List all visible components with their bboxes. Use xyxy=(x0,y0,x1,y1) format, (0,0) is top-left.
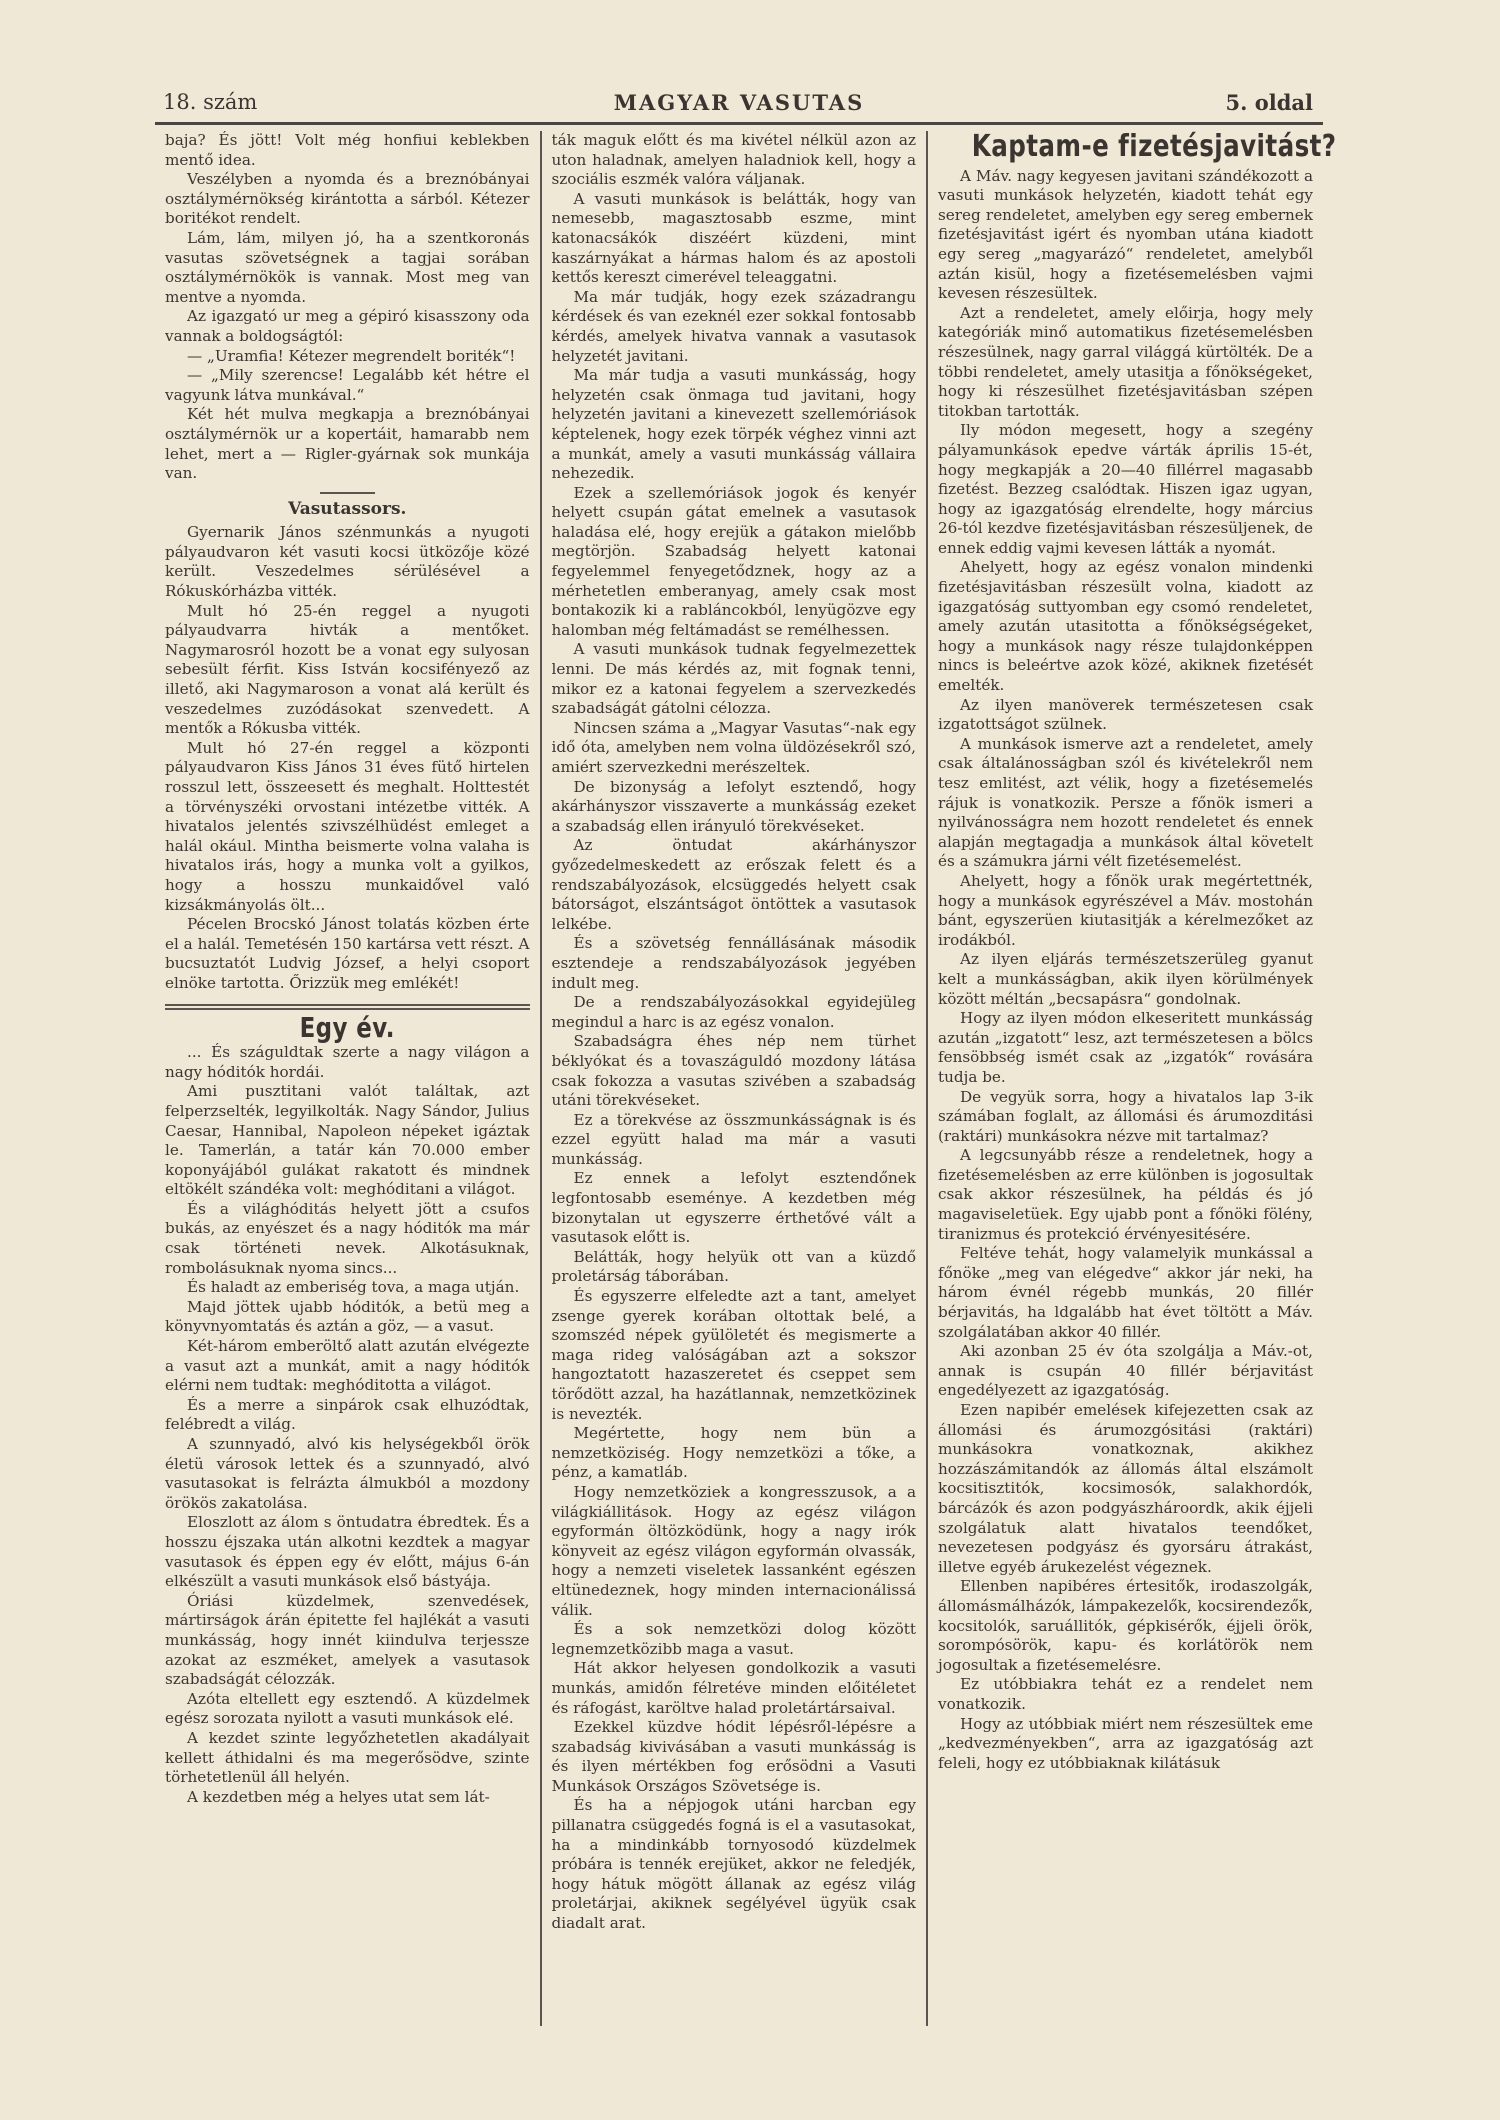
paragraph: És a merre a sinpárok csak elhuzódtak, f… xyxy=(165,1396,530,1435)
paragraph: A munkások ismerve azt a rendeletet, ame… xyxy=(938,735,1313,872)
paragraph: Hogy az ilyen módon elkeseritett munkáss… xyxy=(938,1009,1313,1087)
paragraph: És haladt az emberiség tova, a maga utjá… xyxy=(165,1278,530,1298)
paragraph: És a sok nemzetközi dolog között legnemz… xyxy=(552,1620,917,1659)
paragraph: Majd jöttek ujabb hóditók, a betü meg a … xyxy=(165,1298,530,1337)
paragraph: A Máv. nagy kegyesen javitani szándékozo… xyxy=(938,167,1313,304)
paragraph: És ha a népjogok utáni harcban egy pilla… xyxy=(552,1796,917,1933)
paragraph: Két-három emberöltő alatt azután elvégez… xyxy=(165,1337,530,1396)
paragraph: Ily módon megesett, hogy a szegény pálya… xyxy=(938,421,1313,558)
paragraph: Ahelyett, hogy a főnök urak megértettnék… xyxy=(938,872,1313,950)
paragraph: ... És száguldtak szerte a nagy világon … xyxy=(165,1043,530,1082)
paragraph: Két hét mulva megkapja a breznóbányai os… xyxy=(165,405,530,483)
paragraph: Veszélyben a nyomda és a breznóbányai os… xyxy=(165,170,530,229)
paragraph: — „Mily szerencse! Legalább két hétre el… xyxy=(165,366,530,405)
paragraph: Megértette, hogy nem bün a nemzetköziség… xyxy=(552,1424,917,1483)
paragraph: De vegyük sorra, hogy a hivatalos lap 3-… xyxy=(938,1088,1313,1147)
paragraph: A vasuti munkások is belátták, hogy van … xyxy=(552,190,917,288)
paragraph: A kezdetben még a helyes utat sem lát- xyxy=(165,1788,530,1808)
paragraph: Szabadságra éhes nép nem türhet béklyóka… xyxy=(552,1032,917,1110)
column-2: ták maguk előtt és ma kivétel nélkül azo… xyxy=(542,131,929,2026)
paragraph: Ami pusztitani valót találtak, azt felpe… xyxy=(165,1082,530,1200)
paragraph: Pécelen Brocskó Jánost tolatás közben ér… xyxy=(165,915,530,993)
paragraph: Az öntudat akárhányszor győzedelmeskedet… xyxy=(552,836,917,934)
newspaper-page: 18. szám MAGYAR VASUTAS 5. oldal baja? É… xyxy=(155,88,1323,2026)
column-3: Kaptam-e fizetésjavitást? A Máv. nagy ke… xyxy=(928,131,1323,2026)
paragraph: Eloszlott az álom s öntudatra ébredtek. … xyxy=(165,1513,530,1591)
paragraph: Mult hó 25-én reggel a nyugoti pályaudva… xyxy=(165,602,530,739)
paragraph: Aki azonban 25 év óta szolgálja a Máv.-o… xyxy=(938,1342,1313,1401)
paragraph: Az igazgató ur meg a gépiró kisasszony o… xyxy=(165,307,530,346)
columns: baja? És jött! Volt még honfiui keblekbe… xyxy=(155,131,1323,2026)
paragraph: Nincsen száma a „Magyar Vasutas“-nak egy… xyxy=(552,719,917,778)
double-divider xyxy=(165,1004,530,1010)
section-divider xyxy=(320,492,375,494)
paragraph: Ezek a szellemóriások jogok és kenyér he… xyxy=(552,484,917,641)
paragraph: Ellenben napibéres értesitők, irodaszolg… xyxy=(938,1577,1313,1675)
paragraph: Az ilyen manöverek természetesen csak iz… xyxy=(938,696,1313,735)
paragraph: Óriási küzdelmek, szenvedések, mártirság… xyxy=(165,1592,530,1690)
paragraph: Ma már tudja a vasuti munkásság, hogy he… xyxy=(552,366,917,484)
paragraph: Ezen napibér emelések kifejezetten csak … xyxy=(938,1401,1313,1577)
paragraph: Belátták, hogy helyük ott van a küzdő pr… xyxy=(552,1248,917,1287)
paragraph: Mult hó 27-én reggel a központi pályaudv… xyxy=(165,739,530,915)
paragraph: — „Uramfia! Kétezer megrendelt boriték“! xyxy=(165,347,530,367)
paragraph: És egyszerre elfeledte azt a tant, amely… xyxy=(552,1287,917,1424)
paragraph: Ma már tudják, hogy ezek századrangu kér… xyxy=(552,288,917,366)
paragraph: baja? És jött! Volt még honfiui keblekbe… xyxy=(165,131,530,170)
masthead: MAGYAR VASUTAS xyxy=(155,90,1323,115)
paragraph: Ez a törekvése az összmunkásságnak is és… xyxy=(552,1111,917,1170)
paragraph: Hogy az utóbbiak miért nem részesültek e… xyxy=(938,1715,1313,1774)
paragraph: Az ilyen eljárás természetszerüleg gyanu… xyxy=(938,950,1313,1009)
paragraph: De bizonyság a lefolyt esztendő, hogy ak… xyxy=(552,778,917,837)
section-title-vasutassors: Vasutassors. xyxy=(165,500,530,520)
paragraph: Hogy nemzetköziek a kongresszusok, a a v… xyxy=(552,1483,917,1620)
paragraph: A szunnyadó, alvó kis helységekből örök … xyxy=(165,1435,530,1513)
paragraph: A legcsunyább része a rendeletnek, hogy … xyxy=(938,1146,1313,1244)
paragraph: Ez utóbbiakra tehát ez a rendelet nem vo… xyxy=(938,1675,1313,1714)
paragraph: Feltéve tehát, hogy valamelyik munkással… xyxy=(938,1244,1313,1342)
paragraph: Lám, lám, milyen jó, ha a szentkoronás v… xyxy=(165,229,530,307)
paragraph: A kezdet szinte legyőzhetetlen akadályai… xyxy=(165,1729,530,1788)
paragraph: Ezekkel küzdve hódit lépésről-lépésre a … xyxy=(552,1718,917,1796)
paragraph: És a szövetség fennállásának második esz… xyxy=(552,934,917,993)
paragraph: Hát akkor helyesen gondolkozik a vasuti … xyxy=(552,1659,917,1718)
paragraph: Azóta eltellett egy esztendő. A küzdelme… xyxy=(165,1690,530,1729)
paragraph: Ez ennek a lefolyt esztendőnek legfontos… xyxy=(552,1169,917,1247)
paragraph: Gyernarik János szénmunkás a nyugoti pál… xyxy=(165,523,530,601)
paragraph: Azt a rendeletet, amely előirja, hogy me… xyxy=(938,304,1313,422)
section-title-egy-ev: Egy év. xyxy=(198,1018,497,1038)
article-title-fizetesjavitas: Kaptam-e fizetésjavitást? xyxy=(972,137,1280,157)
paragraph: Ahelyett, hogy az egész vonalon mindenki… xyxy=(938,558,1313,695)
paragraph: De a rendszabályozásokkal egyidejüleg me… xyxy=(552,993,917,1032)
column-1: baja? És jött! Volt még honfiui keblekbe… xyxy=(155,131,542,2026)
paragraph: ták maguk előtt és ma kivétel nélkül azo… xyxy=(552,131,917,190)
page-number: 5. oldal xyxy=(1226,90,1314,115)
paragraph: A vasuti munkások tudnak fegyelmezettek … xyxy=(552,640,917,718)
page-header: 18. szám MAGYAR VASUTAS 5. oldal xyxy=(155,88,1323,125)
paragraph: És a világhóditás helyett jött a csufos … xyxy=(165,1200,530,1278)
